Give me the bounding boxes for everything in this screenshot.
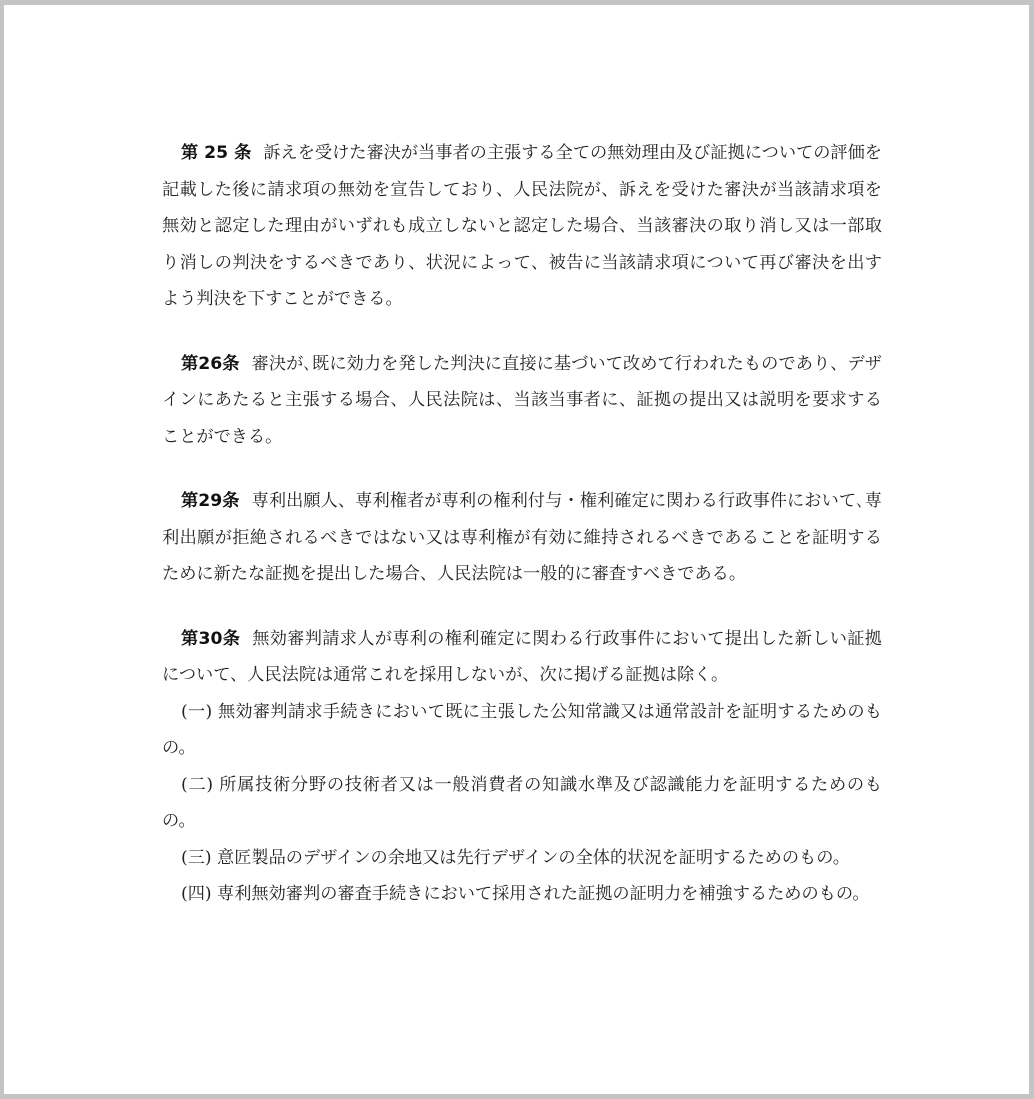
article-paragraph: 第26条審決が､既に効力を発した判決に直接に基づいて改めて行われたものであり、デ… (162, 346, 882, 456)
list-item: (二) 所属技術分野の技術者又は一般消費者の知識水準及び認識能力を証明するための… (162, 767, 882, 840)
article-number: 第30条 (181, 629, 240, 649)
article-paragraph: 第30条無効審判請求人が専利の権利確定に関わる行政事件において提出した新しい証拠… (162, 621, 882, 694)
article-29: 第29条専利出願人、専利権者が専利の権利付与・権利確定に関わる行政事件において､… (162, 483, 882, 593)
article-26: 第26条審決が､既に効力を発した判決に直接に基づいて改めて行われたものであり、デ… (162, 346, 882, 456)
document-page: 第 25 条訴えを受けた審決が当事者の主張する全ての無効理由及び証拠についての評… (162, 135, 882, 941)
article-text: 専利出願人、専利権者が専利の権利付与・権利確定に関わる行政事件において､専利出願… (162, 491, 882, 584)
page-frame: 第 25 条訴えを受けた審決が当事者の主張する全ての無効理由及び証拠についての評… (0, 0, 1034, 1099)
article-number: 第 25 条 (181, 143, 251, 163)
list-item: (一) 無効審判請求手続きにおいて既に主張した公知常識又は通常設計を証明するため… (162, 694, 882, 767)
list-item: (三) 意匠製品のデザインの余地又は先行デザインの全体的状況を証明するためのもの… (162, 840, 882, 877)
article-number: 第26条 (181, 354, 240, 374)
article-text: 審決が､既に効力を発した判決に直接に基づいて改めて行われたものであり、デザインに… (162, 354, 882, 447)
article-paragraph: 第 25 条訴えを受けた審決が当事者の主張する全ての無効理由及び証拠についての評… (162, 135, 882, 318)
article-25: 第 25 条訴えを受けた審決が当事者の主張する全ての無効理由及び証拠についての評… (162, 135, 882, 318)
article-30: 第30条無効審判請求人が専利の権利確定に関わる行政事件において提出した新しい証拠… (162, 621, 882, 913)
article-number: 第29条 (181, 491, 240, 511)
article-text: 訴えを受けた審決が当事者の主張する全ての無効理由及び証拠についての評価を記載した… (162, 143, 882, 309)
article-paragraph: 第29条専利出願人、専利権者が専利の権利付与・権利確定に関わる行政事件において､… (162, 483, 882, 593)
article-text: 無効審判請求人が専利の権利確定に関わる行政事件において提出した新しい証拠について… (162, 629, 882, 686)
list-item: (四) 専利無効審判の審査手続きにおいて採用された証拠の証明力を補強するためのも… (162, 876, 882, 913)
